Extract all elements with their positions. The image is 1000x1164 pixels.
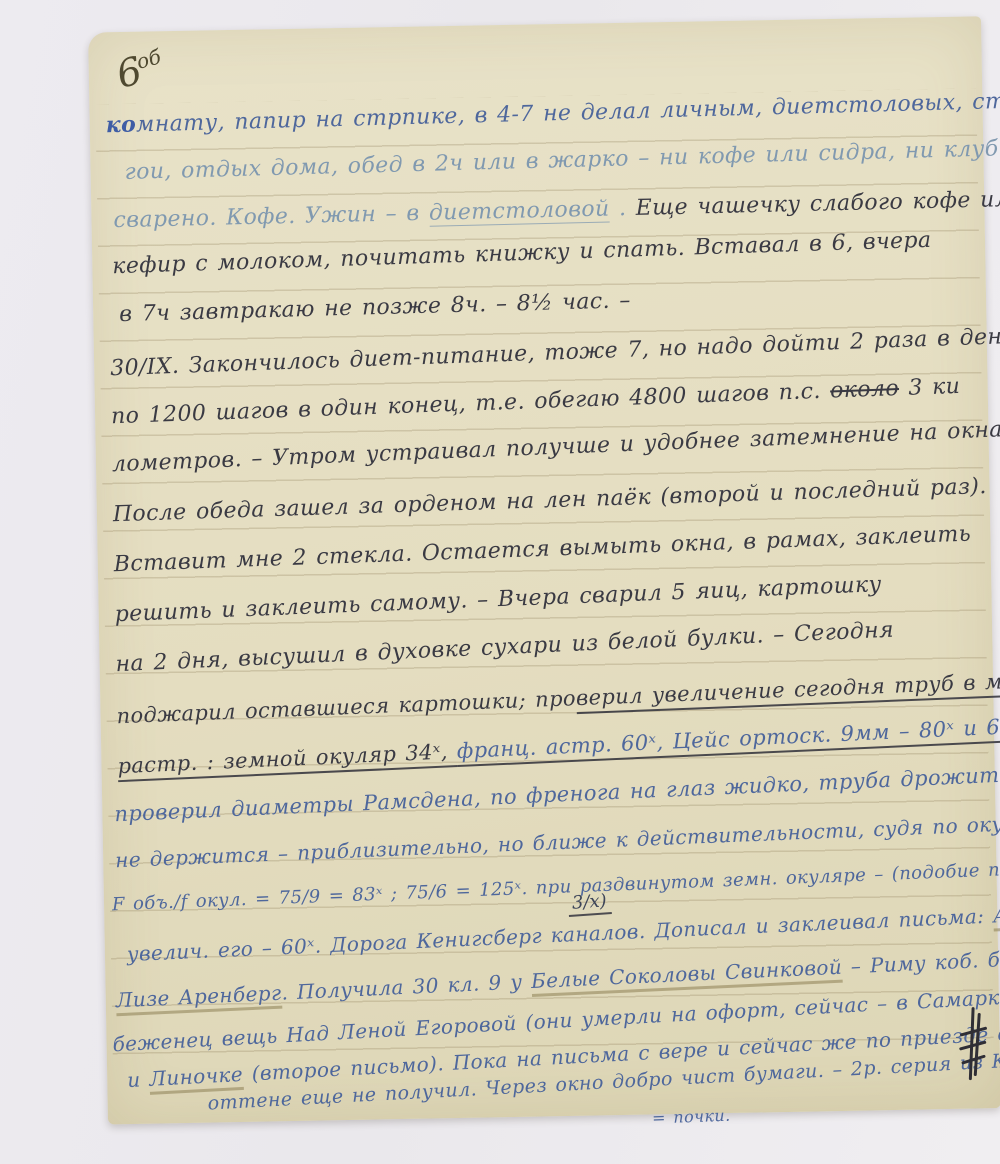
manuscript-line: в 7ч завтракаю не позже 8ч. – 8½ час. – bbox=[119, 288, 631, 327]
handwriting-segment: Линочке bbox=[149, 1062, 244, 1095]
handwriting-segment: 30/IX. Закончилось диет-питание, тоже 7,… bbox=[110, 324, 1000, 381]
handwriting-segment: = почки. bbox=[652, 1106, 731, 1128]
handwriting-segment: – Риму коб. б и ч bbox=[841, 945, 1000, 978]
manuscript-line: по 1200 шагов в один конец, т.е. обегаю … bbox=[111, 374, 961, 429]
handwriting-segment: Еще чашечку слабого кофе или bbox=[635, 187, 1000, 221]
manuscript-line: сварено. Кофе. Ужин – в диетстоловой . Е… bbox=[113, 187, 1000, 233]
handwriting-segment: по 1200 шагов в один конец, т.е. обегаю … bbox=[111, 379, 831, 430]
manuscript-line: = почки. bbox=[652, 1106, 731, 1128]
handwriting-segment: диетстоловой bbox=[429, 196, 610, 226]
handwriting-segment: . bbox=[609, 196, 636, 222]
manuscript-line: лометров. – Утром устраивал получше и уд… bbox=[111, 417, 1000, 477]
handwriting-segment: мнату, папир на стрпике, в 4-7 не делал … bbox=[136, 87, 1000, 138]
handwriting-segment: в 7ч завтракаю не позже 8ч. – 8½ час. – bbox=[119, 288, 631, 327]
handwriting-segment: После обеда зашел за орденом на лен паёк… bbox=[112, 474, 987, 527]
ink-hatch-mark bbox=[955, 1004, 990, 1083]
handwriting-segment: франц. астр. 60ˣ, Цейс ортоск. 9мм – 80ˣ… bbox=[456, 710, 1000, 768]
scanned-manuscript-page: 6об комнату, папир на стрпике, в 4-7 не … bbox=[0, 0, 1000, 1164]
interline-insertion: 3/х) bbox=[567, 890, 611, 917]
handwriting-segment: и bbox=[127, 1067, 150, 1092]
handwriting-segment: ко bbox=[105, 111, 136, 138]
handwriting-segment: Белые Соколовы Свинковой bbox=[531, 955, 843, 997]
handwritten-text-block: комнату, папир на стрпике, в 4-7 не дела… bbox=[88, 16, 981, 32]
manuscript-line: гои, отдых дома, обед в 2ч или в жарко –… bbox=[124, 135, 1000, 185]
handwriting-segment: . Получила 30 кл. 9 у bbox=[281, 969, 532, 1005]
handwriting-segment: лометров. – Утром устраивал получше и уд… bbox=[111, 417, 1000, 477]
manuscript-line: Вставит мне 2 стекла. Остается вымыть ок… bbox=[113, 522, 971, 578]
manuscript-line: комнату, папир на стрпике, в 4-7 не дела… bbox=[105, 86, 1000, 139]
handwriting-segment: Абрамову bbox=[992, 899, 1000, 932]
handwriting-segment: 3 ки bbox=[899, 374, 961, 401]
manuscript-line: поджарил оставшиеся картошки; проверил у… bbox=[116, 668, 1000, 729]
manuscript-line: После обеда зашел за орденом на лен паёк… bbox=[112, 474, 987, 527]
handwriting-segment: Вставит мне 2 стекла. Остается вымыть ок… bbox=[113, 522, 971, 578]
manuscript-line: 30/IX. Закончилось диет-питание, тоже 7,… bbox=[110, 324, 1000, 381]
handwriting-segment: верил увеличение сегодня труб в моём bbox=[575, 668, 1000, 714]
page-number: 6об bbox=[112, 42, 168, 97]
handwriting-segment: поджарил оставшиеся картошки; про bbox=[116, 686, 576, 728]
manuscript-line: решить и заклеить самому. – Вчера сварил… bbox=[114, 572, 882, 627]
handwriting-segment: решить и заклеить самому. – Вчера сварил… bbox=[114, 572, 882, 627]
handwriting-segment: кефир с молоком, почитать книжку и спать… bbox=[112, 228, 932, 279]
handwriting-segment: сварено. Кофе. Ужин – в bbox=[113, 201, 429, 233]
handwriting-segment: Лизе Аренберг bbox=[115, 981, 282, 1017]
handwriting-segment: на 2 дня, высушил в духовке сухари из бе… bbox=[115, 618, 894, 678]
paper-sheet: 6об комнату, папир на стрпике, в 4-7 не … bbox=[88, 16, 1000, 1124]
handwriting-segment: растр. : земной окуляр 34ˣ, bbox=[117, 739, 458, 782]
handwriting-segment: гои, отдых дома, обед в 2ч или в жарко –… bbox=[124, 135, 1000, 185]
page-number-suffix: об bbox=[134, 44, 164, 73]
handwriting-segment: около bbox=[830, 376, 900, 403]
manuscript-line: на 2 дня, высушил в духовке сухари из бе… bbox=[115, 618, 894, 678]
manuscript-line: кефир с молоком, почитать книжку и спать… bbox=[112, 228, 932, 279]
